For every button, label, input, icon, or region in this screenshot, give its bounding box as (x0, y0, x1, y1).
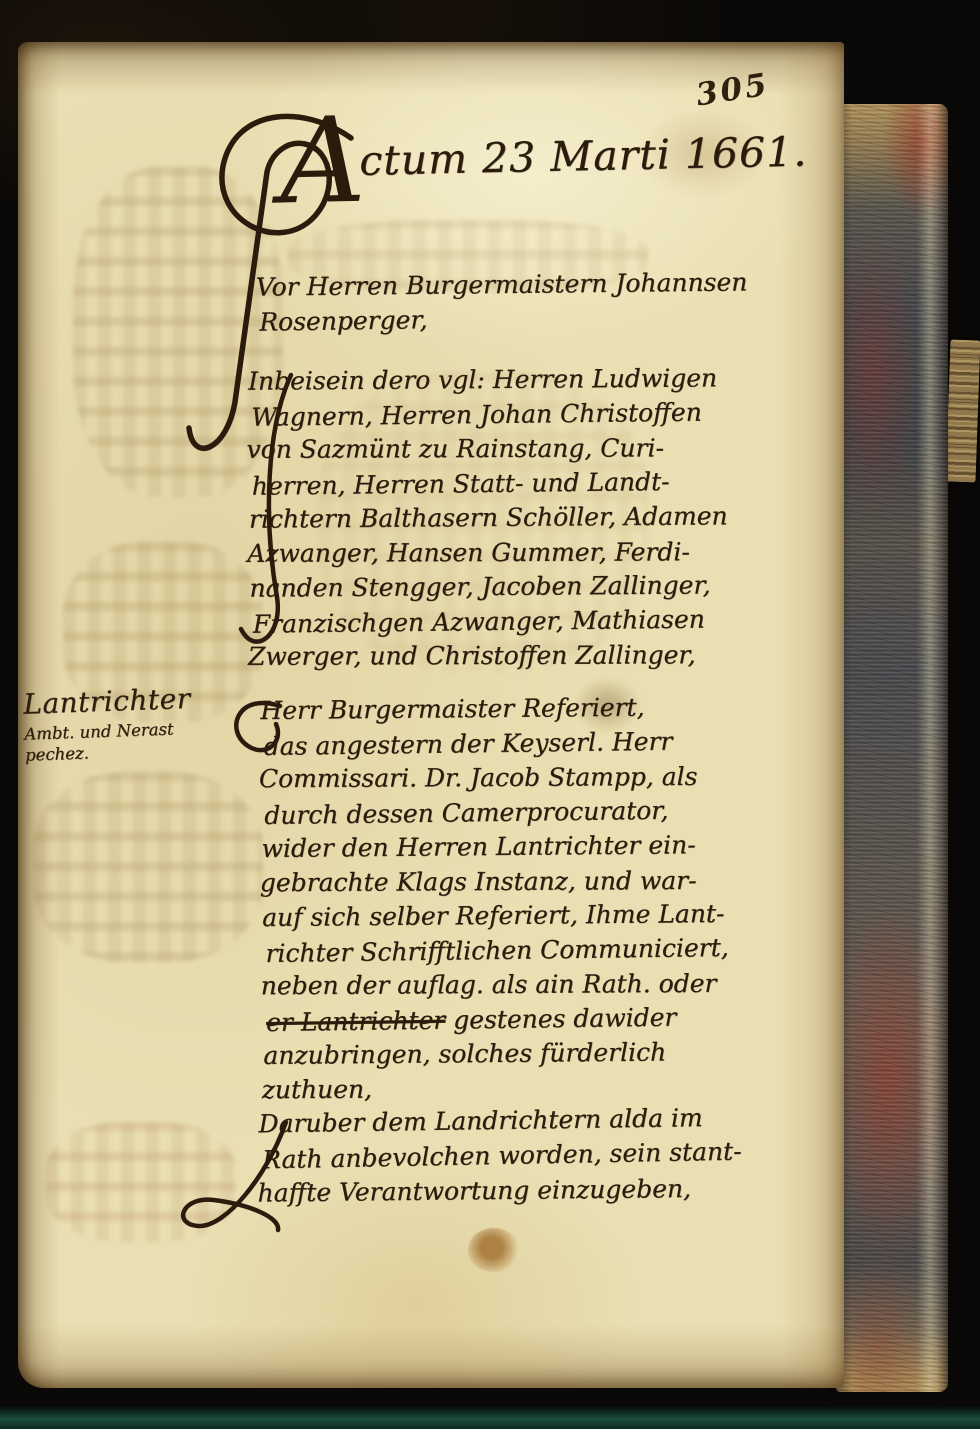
manuscript-line: neben der auflag. als ain Rath. oder (261, 967, 724, 1004)
manuscript-line: Inbeisein dero vgl: Herren Ludwigen (248, 361, 727, 399)
paragraph-presiding: Vor Herren Burgermaistern JohannsenRosen… (256, 265, 748, 338)
manuscript-line: Wagnern, Herren Johan Christoffen (251, 395, 730, 435)
manuscript-line: Rosenperger, (259, 298, 751, 339)
manuscript-line: herren, Herren Statt- und Landt- (252, 464, 731, 504)
manuscript-line: durch dessen Camerprocurator, (264, 792, 728, 833)
manuscript-line: Azwanger, Hansen Gummer, Ferdi- (247, 535, 726, 571)
manuscript-line: Commissari. Dr. Jacob Stampp, als (259, 760, 722, 797)
table-edge-strip (0, 1407, 980, 1429)
margin-note: Lantrichter Ambt. und Nerastpechez. (23, 680, 241, 765)
paragraph-attendees: Inbeisein dero vgl: Herren LudwigenWagne… (248, 361, 729, 675)
manuscript-line: gebrachte Klags Instanz, und war- (260, 863, 723, 900)
paragraph-report: Herr Burgermaister Referiert,das angeste… (260, 690, 727, 1108)
manuscript-line: wider den Herren Lantrichter ein- (261, 828, 724, 867)
book-clasp-strap (946, 340, 980, 483)
photo-background: 305 Actum 23 Marti 1661. Vor Herren Burg… (0, 0, 980, 1429)
manuscript-line: Herr Burgermaister Referiert, (260, 690, 723, 729)
heading-initial: A (279, 91, 361, 231)
paper-stain (468, 1228, 520, 1272)
manuscript-line: auf sich selber Referiert, Ihme Lant- (262, 897, 725, 936)
heading-text: ctum 23 Marti 1661. (359, 127, 808, 184)
margin-note-title: Lantrichter (23, 680, 239, 720)
manuscript-line: richter Schrifftlichen Communiciert, (265, 930, 729, 971)
margin-note-body: Ambt. und Nerastpechez. (24, 716, 240, 765)
manuscript-line: anzubringen, solches fürderlich (263, 1035, 726, 1074)
manuscript-line: haffte Verantwortung einzugeben, (257, 1171, 737, 1211)
paragraph-resolution: Daruber dem Landrichtern alda imRath anb… (258, 1100, 739, 1212)
manuscript-line: Zwerger, und Christoffen Zallinger, (248, 638, 727, 674)
manuscript-line: Franzischgen Azwanger, Mathiasen (253, 602, 732, 642)
manuscript-line: von Sazmünt zu Rainstang, Curi- (246, 431, 725, 467)
book-fore-edge (836, 104, 948, 1392)
manuscript-line: er Lantrichter gestenes dawider (266, 999, 730, 1040)
manuscript-line: das angestern der Keyserl. Herr (263, 723, 727, 764)
manuscript-line: nanden Stengger, Jacoben Zallinger, (249, 568, 728, 606)
folio-number: 305 (694, 66, 772, 113)
manuscript-line: richtern Balthasern Schöller, Adamen (249, 499, 728, 537)
manuscript-page: 305 Actum 23 Marti 1661. Vor Herren Burg… (18, 42, 844, 1388)
